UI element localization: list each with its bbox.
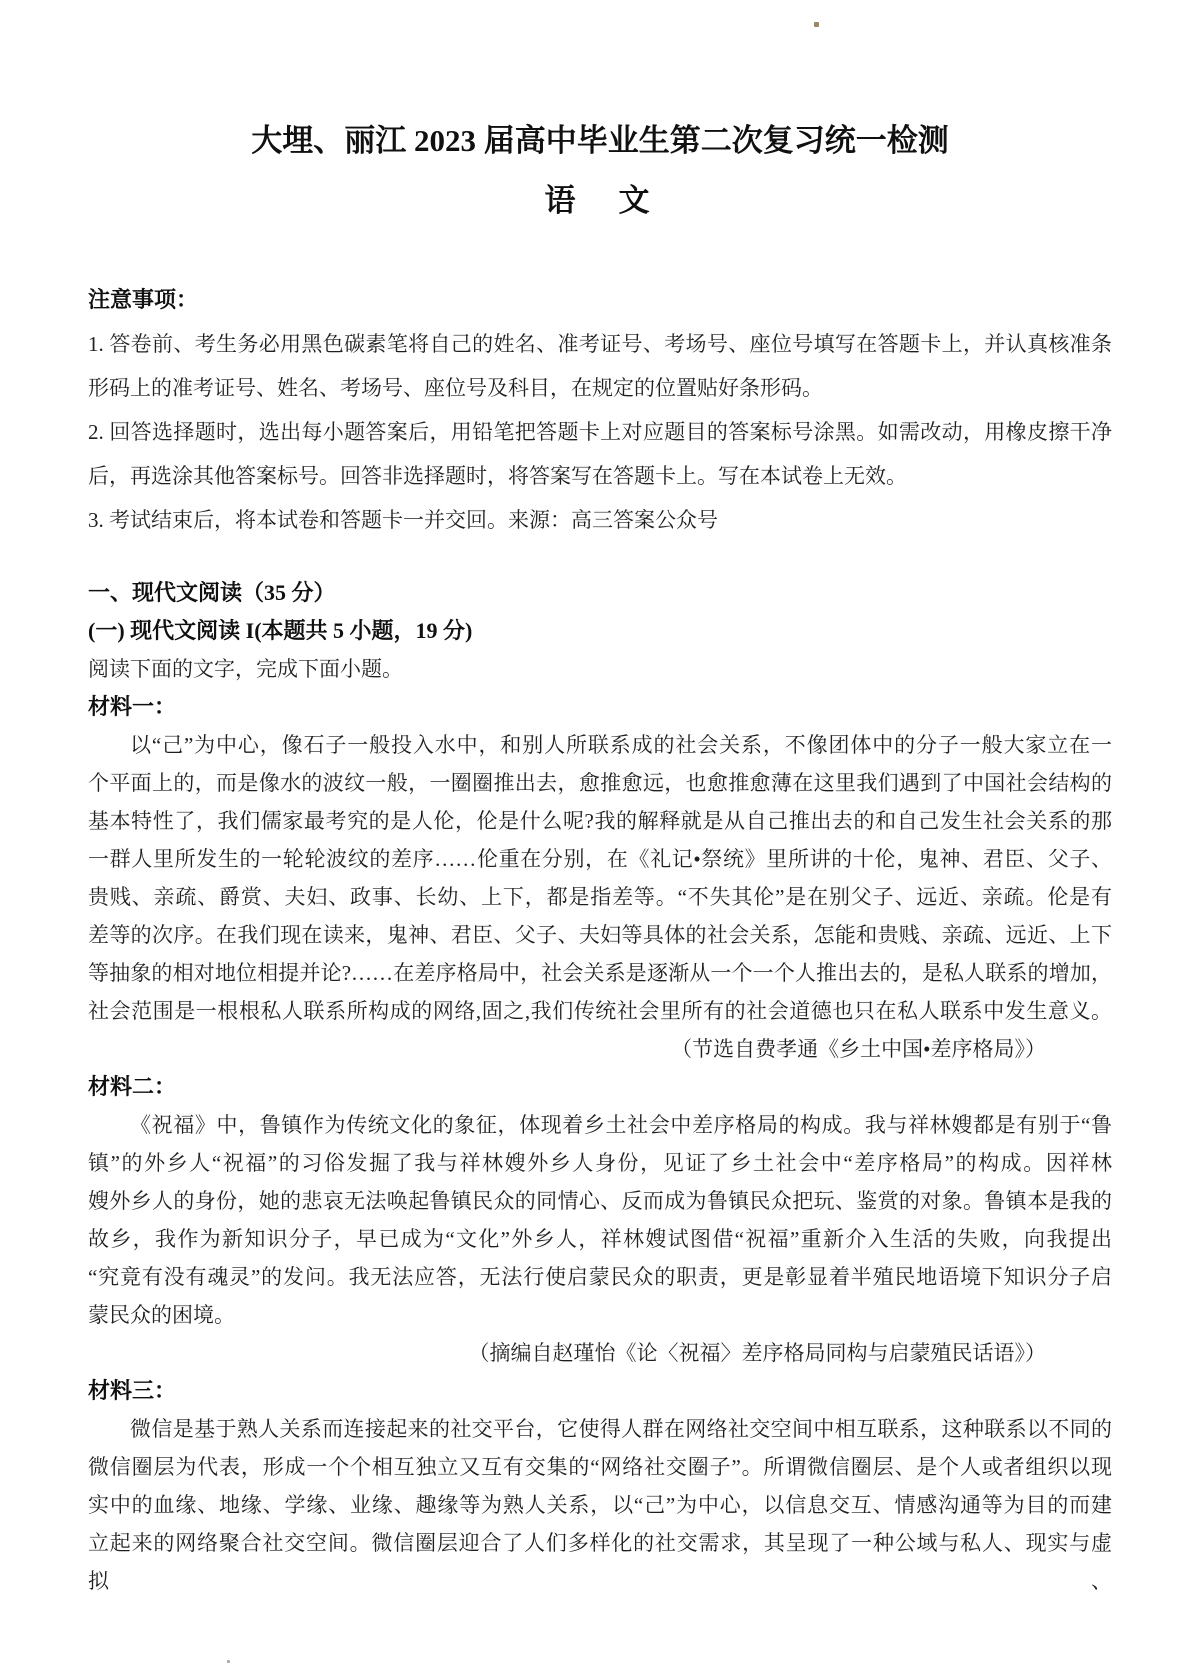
- text-line: 一群人里所发生的一轮轮波纹的差序……伦重在分别，在《礼记•祭统》里所讲的十伦，鬼…: [88, 840, 1112, 878]
- text-line: 阅读下面的文字，完成下面小题。: [88, 650, 1112, 688]
- text-line: 等抽象的相对地位相提并论?……在差序格局中，社会关系是逐渐从一个一个人推出去的，…: [88, 954, 1112, 992]
- exam-paper-page: 大埋、丽江 2023 届高中毕业生第二次复习统一检测 语 文 注意事项： 1. …: [0, 0, 1200, 1669]
- exam-subject: 语 文: [88, 178, 1112, 224]
- notice-section: 注意事项： 1. 答卷前、考生务必用黑色碳素笔将自己的姓名、准考证号、考场号、座…: [88, 278, 1112, 542]
- text-line: 社会范围是一根根私人联系所构成的网络,固之,我们传统社会里所有的社会道德也只在私…: [88, 992, 1112, 1030]
- notice-line: 形码上的准考证号、姓名、考场号、座位号及科目，在规定的位置贴好条形码。: [88, 366, 1112, 410]
- citation-line: （节选自费孝通《乡土中国•差序格局》）: [88, 1030, 1112, 1068]
- section-heading: 一、现代文阅读（35 分）: [88, 574, 1112, 612]
- text-line: 立起来的网络聚合社交空间。微信圈层迎合了人们多样化的社交需求，其呈现了一种公域与…: [88, 1524, 1112, 1600]
- section-heading: 材料二：: [88, 1068, 1112, 1106]
- text-line: 嫂外乡人的身份，她的悲哀无法唤起鲁镇民众的同情心、反而成为鲁镇民众把玩、鉴赏的对…: [88, 1182, 1112, 1220]
- notice-heading: 注意事项：: [88, 278, 1112, 322]
- exam-title: 大埋、丽江 2023 届高中毕业生第二次复习统一检测: [88, 118, 1112, 164]
- scan-speck: [227, 1660, 230, 1663]
- text-line: 以“己”为中心，像石子一般投入水中，和别人所联系成的社会关系，不像团体中的分子一…: [88, 726, 1112, 764]
- section-heading: 材料一：: [88, 688, 1112, 726]
- text-line: 微信圈层为代表，形成一个个相互独立又互有交集的“网络社交圈子”。所谓微信圈层、是…: [88, 1448, 1112, 1486]
- text-line: 个平面上的，而是像水的波纹一般，一圈圈推出去，愈推愈远，也愈推愈薄在这里我们遇到…: [88, 764, 1112, 802]
- notice-line: 后，再选涂其他答案标号。回答非选择题时，将答案写在答题卡上。写在本试卷上无效。: [88, 454, 1112, 498]
- text-line: 贵贱、亲疏、爵赏、夫妇、政事、长幼、上下，都是指差等。“不失其伦”是在别父子、远…: [88, 878, 1112, 916]
- text-line: 基本特性了，我们儒家最考究的是人伦，伦是什么呢?我的解释就是从自己推出去的和自己…: [88, 802, 1112, 840]
- text-line: 镇”的外乡人“祝福”的习俗发掘了我与祥林嫂外乡人身份，见证了乡土社会中“差序格局…: [88, 1144, 1112, 1182]
- text-line: 差等的次序。在我们现在读来，鬼神、君臣、父子、夫妇等具体的社会关系，怎能和贵贱、…: [88, 916, 1112, 954]
- text-line: 故乡，我作为新知识分子，早已成为“文化”外乡人，祥林嫂试图借“祝福”重新介入生活…: [88, 1220, 1112, 1258]
- citation-line: （摘编自赵瑾怡《论〈祝福〉差序格局同构与启蒙殖民话语》）: [88, 1334, 1112, 1372]
- section-heading: 材料三：: [88, 1372, 1112, 1410]
- page-content: 大埋、丽江 2023 届高中毕业生第二次复习统一检测 语 文 注意事项： 1. …: [0, 118, 1200, 1600]
- notice-line: 2. 回答选择题时，选出每小题答案后，用铅笔把答题卡上对应题目的答案标号涂黑。如…: [88, 410, 1112, 454]
- text-line: “究竟有没有魂灵”的发问。我无法应答，无法行使启蒙民众的职责，更是彰显着半殖民地…: [88, 1258, 1112, 1296]
- notice-line: 1. 答卷前、考生务必用黑色碳素笔将自己的姓名、准考证号、考场号、座位号填写在答…: [88, 322, 1112, 366]
- notice-line: 3. 考试结束后，将本试卷和答题卡一并交回。来源：高三答案公众号: [88, 498, 1112, 542]
- text-line: 蒙民众的困境。: [88, 1296, 1112, 1334]
- text-line: 《祝福》中，鲁镇作为传统文化的象征，体现着乡土社会中差序格局的构成。我与祥林嫂都…: [88, 1106, 1112, 1144]
- text-line: 实中的血缘、地缘、学缘、业缘、趣缘等为熟人关系，以“己”为中心，以信息交互、情感…: [88, 1486, 1112, 1524]
- text-line: 微信是基于熟人关系而连接起来的社交平台，它使得人群在网络社交空间中相互联系，这种…: [88, 1410, 1112, 1448]
- section-heading: (一) 现代文阅读 I(本题共 5 小题，19 分): [88, 612, 1112, 650]
- notice-lines: 1. 答卷前、考生务必用黑色碳素笔将自己的姓名、准考证号、考场号、座位号填写在答…: [88, 322, 1112, 542]
- scan-speck: [814, 22, 819, 27]
- content-blocks: 一、现代文阅读（35 分）(一) 现代文阅读 I(本题共 5 小题，19 分)阅…: [88, 574, 1112, 1600]
